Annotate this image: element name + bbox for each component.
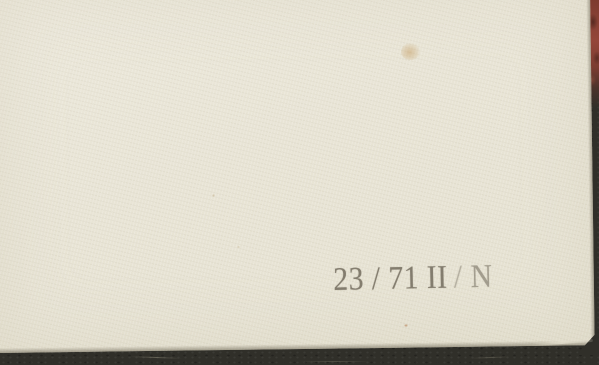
stamp-letter-n: N	[470, 259, 492, 295]
background-scratch	[130, 356, 182, 359]
rust-speck	[404, 324, 408, 327]
background-scratch	[470, 356, 510, 358]
tiny-speck	[237, 246, 240, 248]
stamp-edition-number: 23 / 71 II	[333, 260, 448, 298]
background-scratch	[300, 361, 370, 362]
edition-number-stamp: 23 / 71 II/N	[333, 261, 492, 297]
photo-of-print-verso: 23 / 71 II/N	[0, 0, 599, 365]
tiny-speck	[212, 194, 215, 197]
paper-sheet	[0, 0, 595, 353]
stamp-separator-slash: /	[453, 259, 462, 295]
foxing-stain	[401, 43, 420, 60]
